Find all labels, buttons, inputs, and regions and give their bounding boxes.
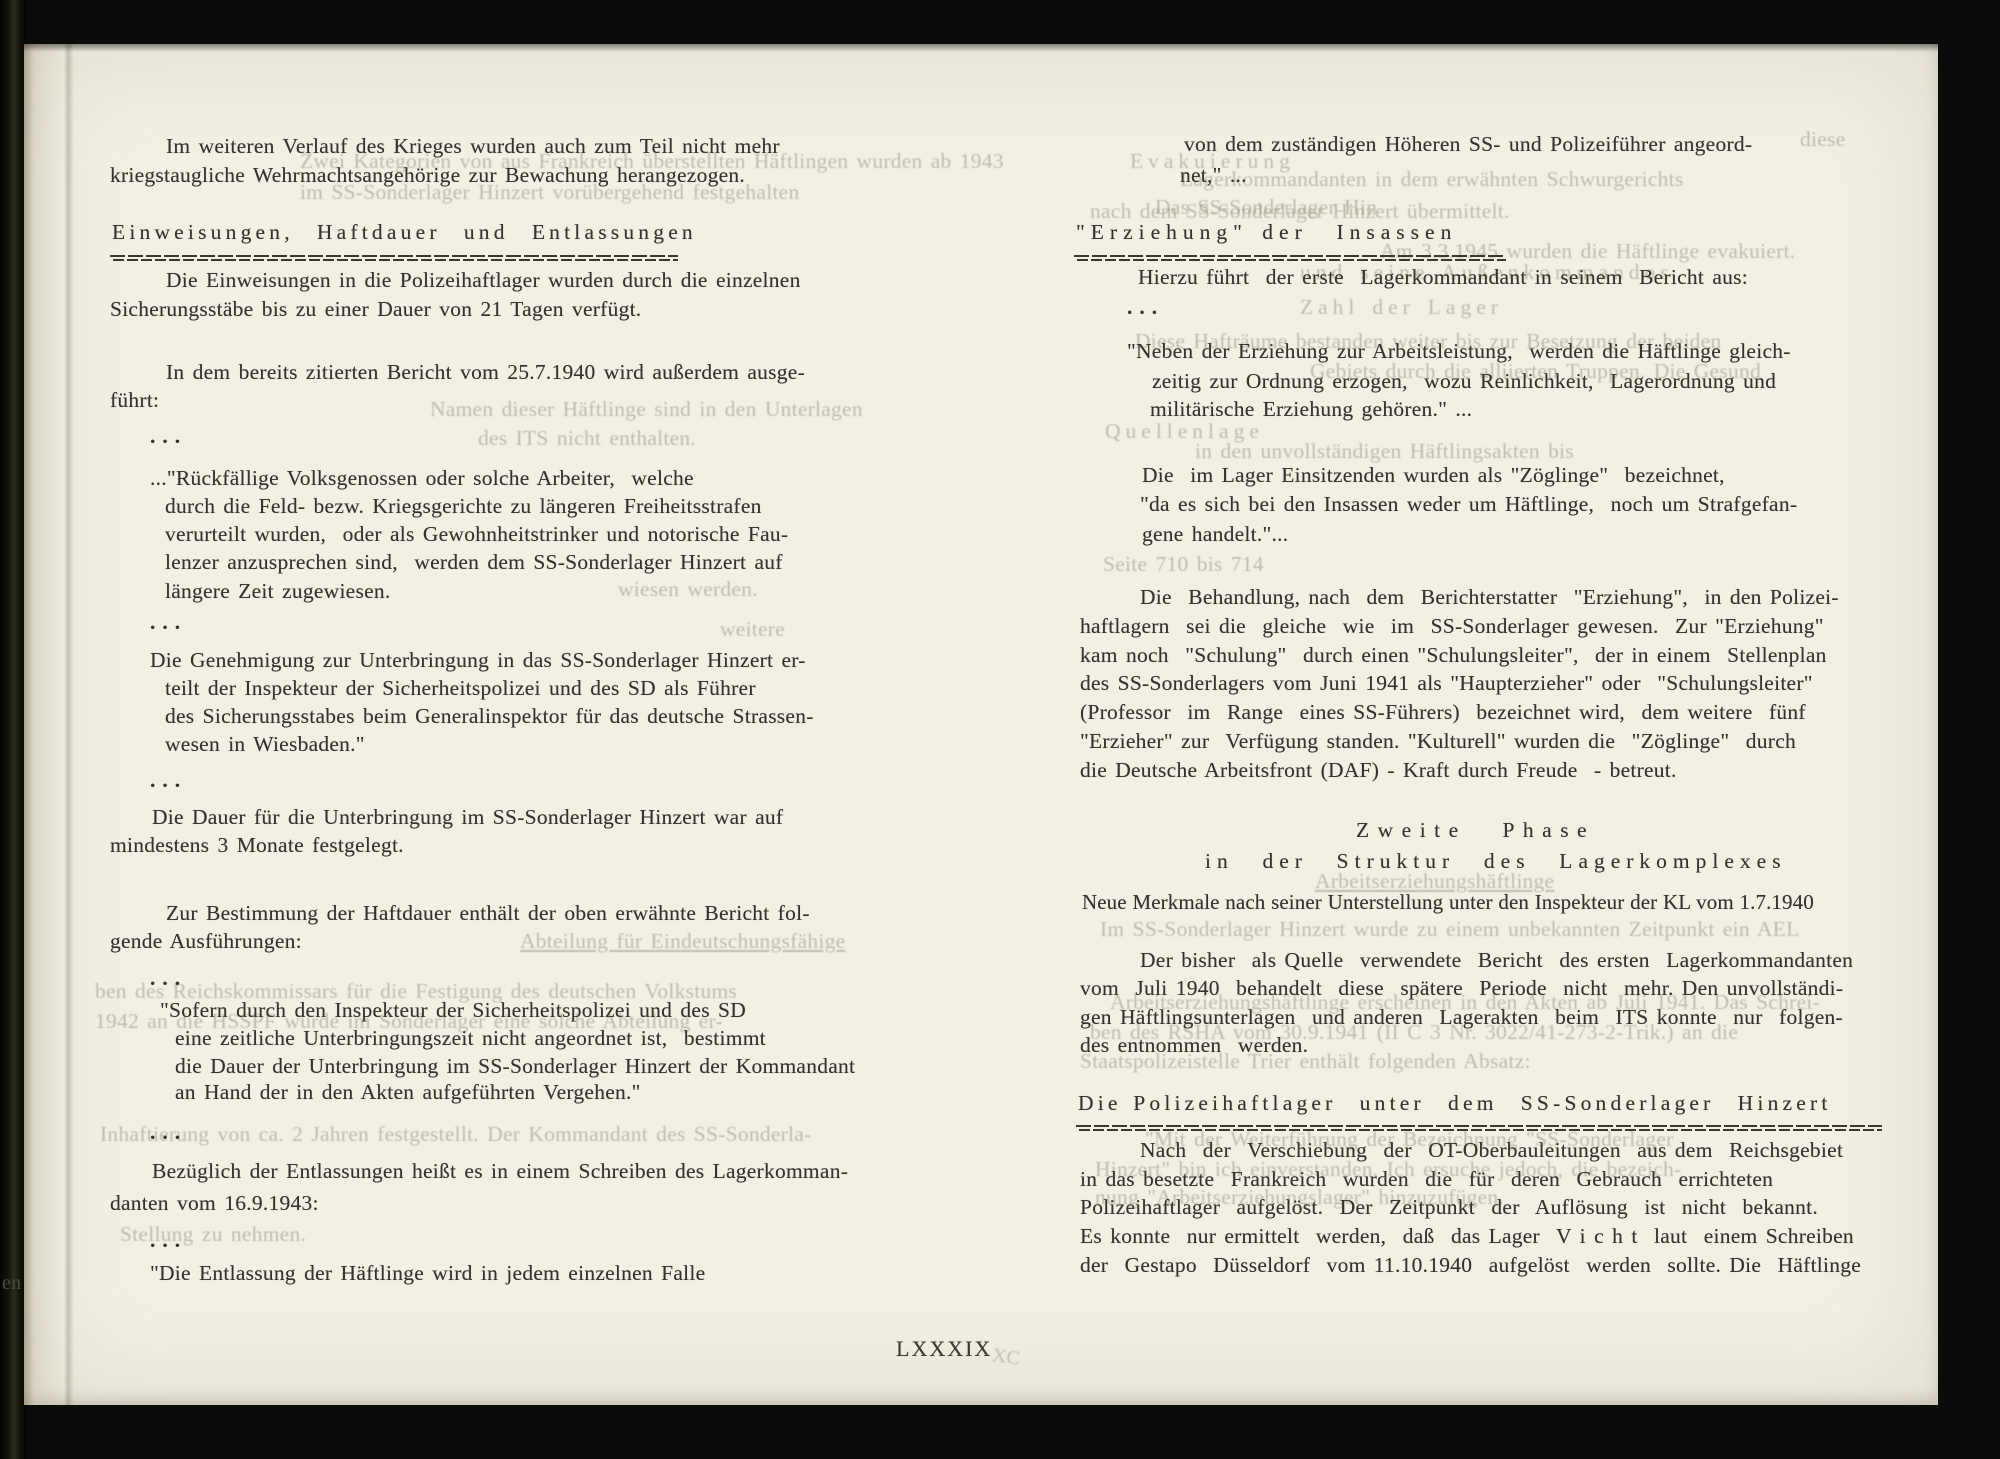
ellipsis-marker: ...	[150, 768, 187, 793]
bleedthrough-text: Zahl der Lager	[1300, 295, 1503, 320]
section-heading: Zweite Phase	[1356, 818, 1595, 843]
section-heading: Einweisungen, Haftdauer und Entlassungen	[112, 220, 697, 245]
text-line: Sicherungsstäbe bis zu einer Dauer von 2…	[110, 297, 641, 322]
text-line: Nach der Verschiebung der OT-Oberbauleit…	[1140, 1138, 1843, 1163]
section-heading: Die Polizeihaftlager unter dem SS-Sonder…	[1078, 1091, 1832, 1116]
bleedthrough-text: Stellung zu nehmen.	[120, 1222, 306, 1247]
text-line: mindestens 3 Monate festgelegt.	[110, 833, 404, 858]
bleedthrough-text: Namen dieser Häftlinge sind in den Unter…	[430, 397, 863, 422]
text-line: von dem zuständigen Höheren SS- und Poli…	[1184, 132, 1752, 157]
text-line: zeitig zur Ordnung erzogen, wozu Reinlic…	[1152, 369, 1776, 394]
heading-underline	[110, 255, 678, 262]
text-line: "Erzieher" zur Verfügung standen. "Kultu…	[1080, 729, 1796, 754]
ellipsis-marker: ...	[150, 424, 187, 449]
text-line: gende Ausführungen:	[110, 929, 302, 954]
text-line: "Sofern durch den Inspekteur der Sicherh…	[160, 998, 746, 1023]
text-line: wesen in Wiesbaden."	[165, 732, 365, 757]
page-number-area: LXXXIX XC	[896, 1336, 992, 1362]
text-line: Es konnte nur ermittelt werden, daß das …	[1080, 1224, 1854, 1249]
text-line: (Professor im Range eines SS-Führers) be…	[1080, 700, 1806, 725]
adjacent-page-fragment: en	[2, 1272, 21, 1295]
text-line: gene handelt."...	[1142, 522, 1288, 547]
heading-underline	[1074, 255, 1506, 262]
text-line: kriegstaugliche Wehrmachtsangehörige zur…	[110, 163, 745, 188]
text-line: verurteilt wurden, oder als Gewohnheitst…	[165, 522, 788, 547]
page-number: LXXXIX	[896, 1336, 992, 1361]
text-line: in das besetzte Frankreich wurden die fü…	[1080, 1167, 1773, 1192]
bleedthrough-text: Im SS-Sonderlager Hinzert wurde zu einem…	[1100, 917, 1799, 942]
text-line: durch die Feld- bezw. Kriegsgerichte zu …	[165, 494, 762, 519]
text-line: teilt der Inspekteur der Sicherheitspoli…	[165, 676, 756, 701]
bleedthrough-text: diese	[1800, 127, 1845, 152]
text-line: lenzer anzusprechen sind, werden dem SS-…	[165, 550, 783, 575]
ellipsis-marker: ...	[150, 610, 187, 635]
ellipsis-marker: ...	[150, 966, 187, 991]
text-line: die Dauer der Unterbringung im SS-Sonder…	[175, 1054, 855, 1079]
text-line: eine zeitliche Unterbringungszeit nicht …	[175, 1026, 766, 1051]
text-line: "da es sich bei den Insassen weder um Hä…	[1140, 492, 1797, 517]
text-line: Die Dauer für die Unterbringung im SS-So…	[152, 805, 783, 830]
text-line: des Sicherungsstabes beim Generalinspekt…	[165, 704, 814, 729]
heading-underline	[1076, 1125, 1882, 1132]
text-line: danten vom 16.9.1943:	[110, 1191, 319, 1216]
ellipsis-marker: ...	[1127, 295, 1164, 320]
text-line: die Deutsche Arbeitsfront (DAF) - Kraft …	[1080, 758, 1677, 783]
text-line: In dem bereits zitierten Bericht vom 25.…	[166, 360, 805, 385]
text-line: Neue Merkmale nach seiner Unterstellung …	[1082, 890, 1814, 915]
bleedthrough-text: Seite 710 bis 714	[1103, 552, 1264, 577]
text-line: Die Behandlung, nach dem Berichterstatte…	[1140, 585, 1839, 610]
text-line: net," ...	[1180, 163, 1247, 188]
bleedthrough-text: Inhaftierung von ca. 2 Jahren festgestel…	[100, 1122, 811, 1147]
text-line: Bezüglich der Entlassungen heißt es in e…	[152, 1159, 848, 1184]
text-line: Polizeihaftlager aufgelöst. Der Zeitpunk…	[1080, 1195, 1818, 1220]
text-line: der Gestapo Düsseldorf vom 11.10.1940 au…	[1080, 1253, 1861, 1278]
text-line: Hierzu führt der erste Lagerkommandant i…	[1138, 265, 1748, 290]
text-line: gen Häftlingsunterlagen und anderen Lage…	[1080, 1005, 1843, 1030]
text-line: "Neben der Erziehung zur Arbeitsleistung…	[1127, 339, 1791, 364]
text-line: Die im Lager Einsitzenden wurden als "Zö…	[1142, 463, 1725, 488]
text-line: des entnommen werden.	[1080, 1033, 1308, 1058]
bleedthrough-text: wiesen werden.	[618, 577, 758, 602]
section-heading: "Erziehung" der Insassen	[1076, 220, 1457, 245]
bleedthrough-text: weitere	[720, 617, 785, 642]
text-line: des SS-Sonderlagers vom Juni 1941 als "H…	[1080, 671, 1813, 696]
bleedthrough-text: in den unvollständigen Häftlingsakten bi…	[1195, 439, 1574, 464]
ellipsis-marker: ...	[150, 1120, 187, 1145]
text-line: vom Juli 1940 behandelt diese spätere Pe…	[1080, 976, 1843, 1001]
text-line: ..."Rückfällige Volksgenossen oder solch…	[150, 466, 694, 491]
text-line: führt:	[110, 388, 159, 413]
bleedthrough-text: Das SS-Sonderlager Hin	[1155, 195, 1377, 220]
text-line: "Die Entlassung der Häftlinge wird in je…	[150, 1261, 705, 1286]
text-line: längere Zeit zugewiesen.	[165, 579, 391, 604]
bleedthrough-text: Abteilung für Eindeutschungsfähige	[520, 929, 845, 954]
text-line: Zur Bestimmung der Haftdauer enthält der…	[166, 901, 810, 926]
text-line: an Hand der in den Akten aufgeführten Ve…	[175, 1080, 641, 1105]
section-heading: in der Struktur des Lagerkomplexes	[1205, 849, 1787, 874]
text-line: haftlagern sei die gleiche wie im SS-Son…	[1080, 614, 1824, 639]
ellipsis-marker: ...	[150, 1228, 187, 1253]
text-line: militärische Erziehung gehören." ...	[1150, 397, 1472, 422]
text-line: kam noch "Schulung" durch einen "Schulun…	[1080, 643, 1827, 668]
page-number-ghost: XC	[991, 1344, 1022, 1371]
text-line: Die Einweisungen in die Polizeihaftlager…	[166, 268, 801, 293]
bleedthrough-text: des ITS nicht enthalten.	[478, 426, 696, 451]
text-line: Der bisher als Quelle verwendete Bericht…	[1140, 948, 1853, 973]
text-line: Die Genehmigung zur Unterbringung in das…	[150, 648, 806, 673]
text-line: Im weiteren Verlauf des Krieges wurden a…	[166, 134, 780, 159]
book-spine-edge	[0, 0, 26, 1459]
